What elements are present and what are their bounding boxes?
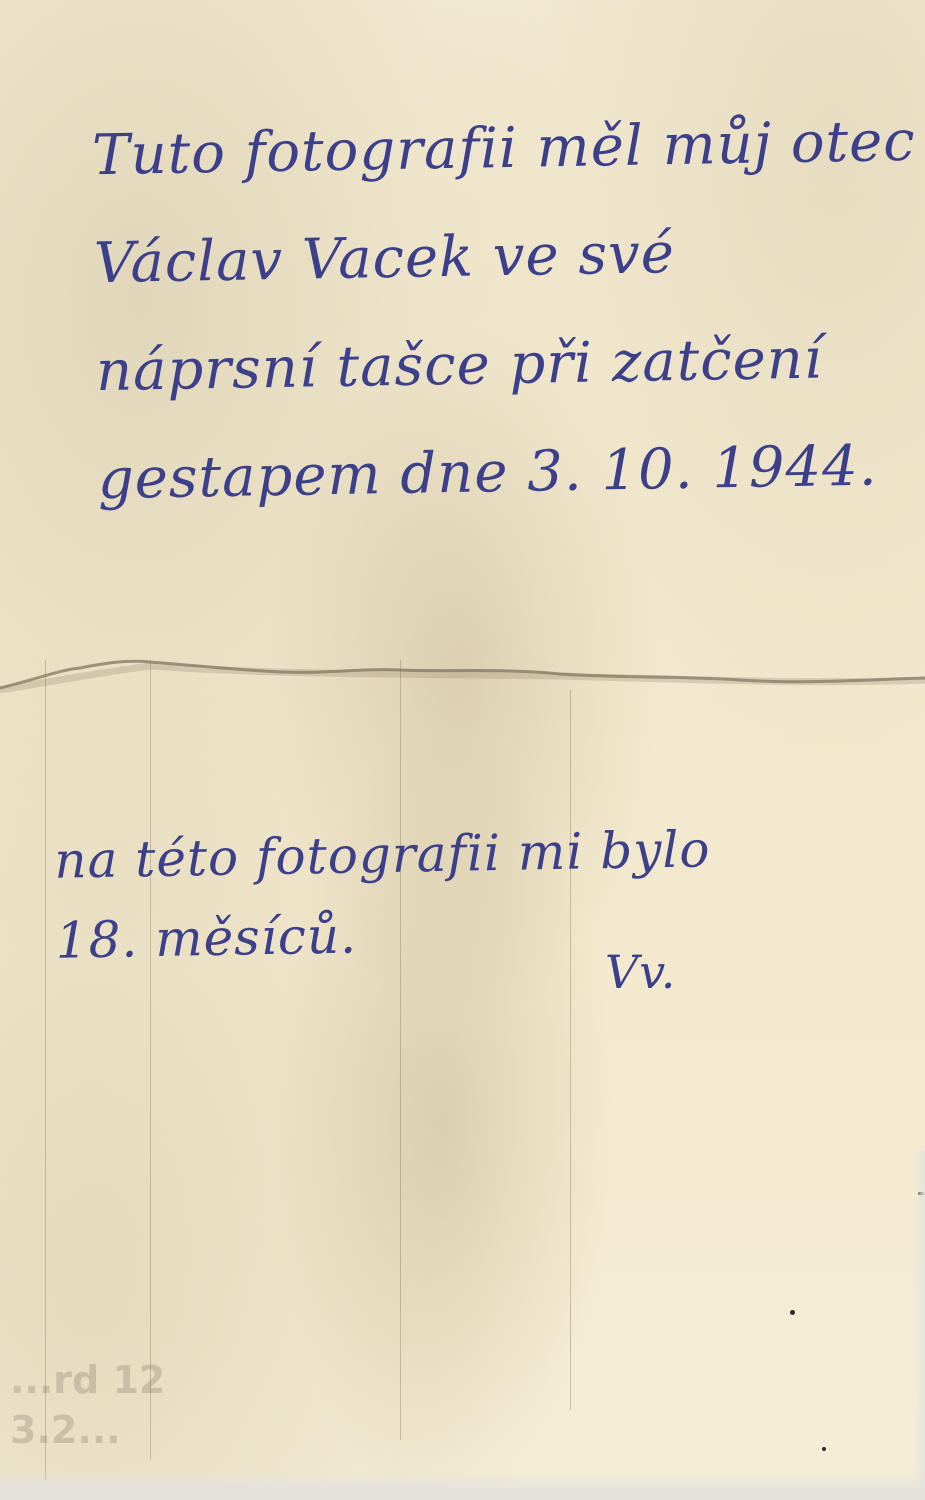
note-line: náprsní tašce při zatčení bbox=[95, 304, 920, 426]
note-line: gestapem dne 3. 10. 1944. bbox=[97, 412, 922, 534]
photo-back-document: Tuto fotografii měl můj otec Václav Vace… bbox=[0, 0, 925, 1500]
torn-bottom-edge bbox=[0, 1470, 925, 1500]
faint-rule-line bbox=[150, 660, 151, 1460]
note-line: Václav Vacek ve své bbox=[93, 196, 918, 318]
faint-rule-line bbox=[570, 690, 571, 1410]
faint-stamp: ...rd 12 3.2... bbox=[0, 1355, 220, 1465]
stamp-line: 3.2... bbox=[10, 1405, 220, 1455]
note-line: na této fotografii mi bylo bbox=[54, 809, 712, 900]
ink-speck bbox=[790, 1310, 795, 1315]
handwritten-note-top: Tuto fotografii měl můj otec Václav Vace… bbox=[91, 88, 922, 534]
stamp-line: ...rd 12 bbox=[10, 1355, 220, 1405]
torn-right-edge bbox=[913, 1150, 925, 1500]
fold-crease bbox=[0, 640, 925, 700]
signature: Vv. bbox=[605, 945, 676, 999]
note-line: Tuto fotografii měl můj otec bbox=[91, 88, 916, 210]
ink-speck bbox=[822, 1447, 826, 1451]
faint-rule-line bbox=[400, 660, 401, 1440]
